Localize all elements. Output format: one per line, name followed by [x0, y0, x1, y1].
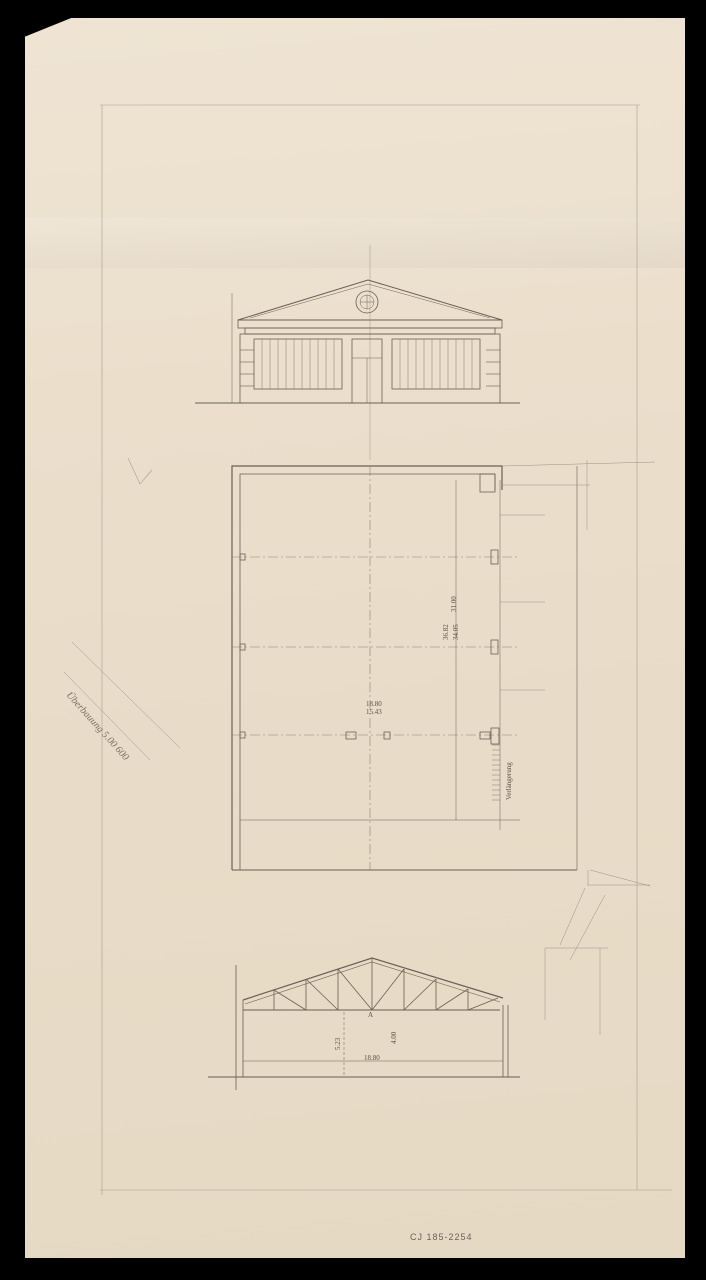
- architectural-drawing: [0, 0, 706, 1280]
- plan-inner-width-dimension: 15.43: [366, 708, 382, 716]
- section-height-2: 4.00: [390, 1032, 398, 1044]
- front-elevation: [195, 245, 520, 460]
- catalog-number: CJ 185-2254: [410, 1232, 473, 1242]
- floor-plan: [232, 460, 655, 870]
- plan-side-label: Verlängerung: [505, 762, 513, 800]
- plan-length-dimension-3: 31.00: [450, 596, 458, 612]
- plan-length-dimension-2: 34.05: [452, 624, 460, 640]
- annex-sketch: [545, 870, 650, 1035]
- section-height-1: 5.23: [334, 1038, 342, 1050]
- section-marker: A: [368, 1011, 373, 1019]
- section-span-dimension: 18.80: [364, 1054, 380, 1062]
- roof-truss-section: [208, 958, 520, 1090]
- plan-length-dimension-1: 36.82: [442, 624, 450, 640]
- pencil-mark: [128, 458, 152, 484]
- border-frame: [100, 105, 672, 1195]
- plan-width-dimension: 18.80: [366, 700, 382, 708]
